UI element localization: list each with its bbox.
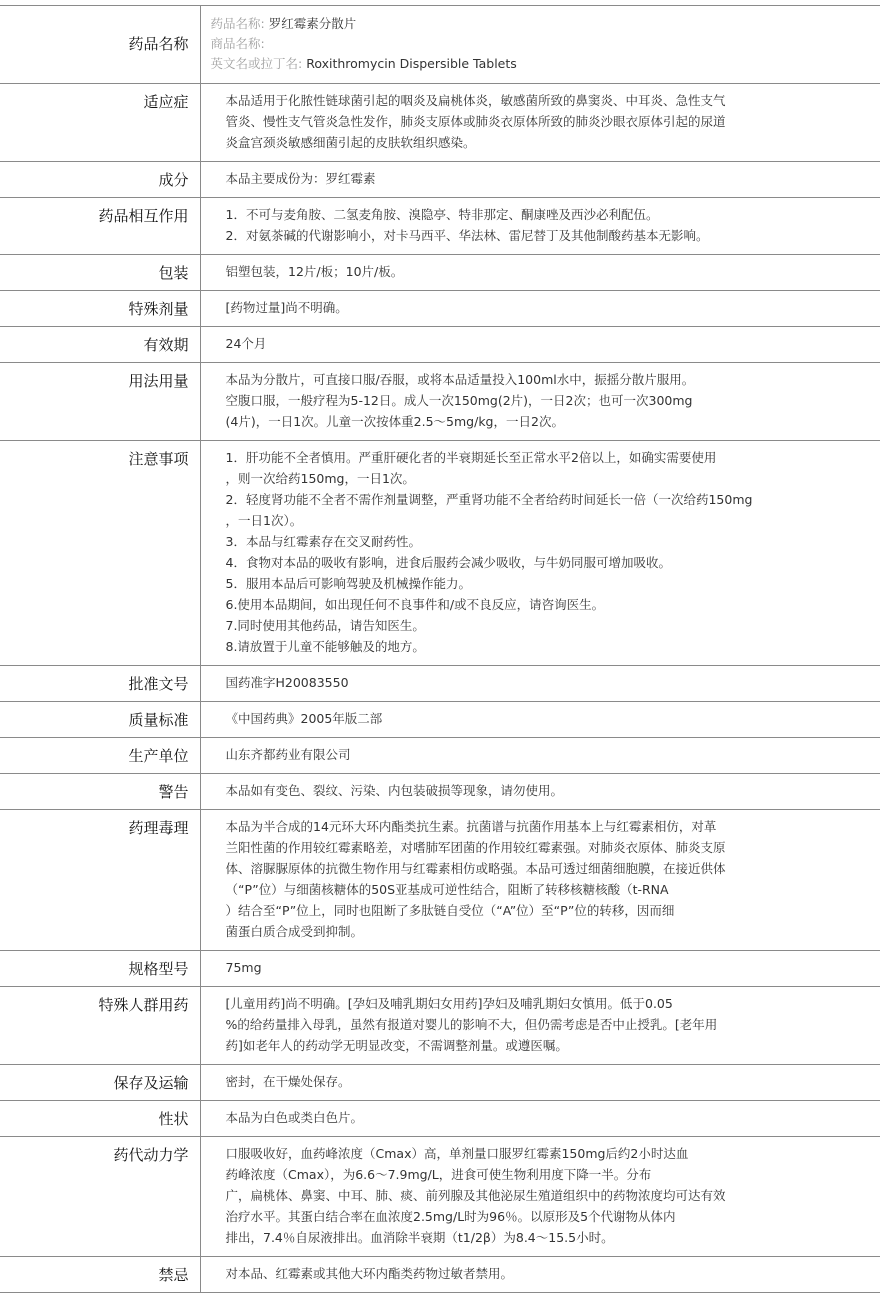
row-label: 性状	[0, 1101, 200, 1137]
value-line: ，则一次给药150mg，一日1次。	[226, 468, 871, 489]
value-line: 菌蛋白质合成受到抑制。	[226, 921, 871, 942]
row-value: 本品主要成份为：罗红霉素	[200, 162, 880, 198]
english-name-key: 英文名或拉丁名:	[211, 56, 303, 71]
spec-row: 药代动力学口服吸收好，血药峰浓度（Cmax）高，单剂量口服罗红霉素150mg后约…	[0, 1137, 880, 1257]
value-line: 4．食物对本品的吸收有影响，进食后服药会减少吸收，与牛奶同服可增加吸收。	[226, 552, 871, 573]
trade-name-line: 商品名称:	[211, 34, 871, 54]
row-value: [药物过量]尚不明确。	[200, 291, 880, 327]
row-label: 有效期	[0, 327, 200, 363]
value-line: 治疗水平。其蛋白结合率在血浓度2.5mg/L时为96％。以原形及5个代谢物从体内	[226, 1206, 871, 1227]
row-label: 用法用量	[0, 363, 200, 441]
spec-row: 生产单位山东齐都药业有限公司	[0, 738, 880, 774]
row-label: 规格型号	[0, 951, 200, 987]
value-line: ，一日1次）。	[226, 510, 871, 531]
value-line: 本品如有变色、裂纹、污染、内包装破损等现象，请勿使用。	[226, 780, 871, 801]
value-line: 对本品、红霉素或其他大环内酯类药物过敏者禁用。	[226, 1263, 871, 1284]
spec-row: 包装铝塑包装，12片/板；10片/板。	[0, 255, 880, 291]
value-line: 2．对氨茶碱的代谢影响小，对卡马西平、华法林、雷尼替丁及其他制酸药基本无影响。	[226, 225, 871, 246]
value-line: 管炎、慢性支气管炎急性发作，肺炎支原体或肺炎衣原体所致的肺炎沙眼衣原体引起的尿道	[226, 111, 871, 132]
value-line: 75mg	[226, 957, 871, 978]
value-line: 本品为白色或类白色片。	[226, 1107, 871, 1128]
spec-row: 有效期24个月	[0, 327, 880, 363]
row-drug-name: 药品名称 药品名称: 罗红霉素分散片 商品名称: 英文名或拉丁名: Roxith…	[0, 6, 880, 84]
value-line: 本品适用于化脓性链球菌引起的咽炎及扁桃体炎，敏感菌所致的鼻窦炎、中耳炎、急性支气	[226, 90, 871, 111]
row-label: 特殊剂量	[0, 291, 200, 327]
value-line: 本品主要成份为：罗红霉素	[226, 168, 871, 189]
row-label: 批准文号	[0, 666, 200, 702]
row-value: 山东齐都药业有限公司	[200, 738, 880, 774]
row-value: 本品适用于化脓性链球菌引起的咽炎及扁桃体炎，敏感菌所致的鼻窦炎、中耳炎、急性支气…	[200, 84, 880, 162]
value-line: 药峰浓度（Cmax），为6.6～7.9mg/L，进食可使生物利用度下降一半。分布	[226, 1164, 871, 1185]
value-line: 1．肝功能不全者慎用。严重肝硬化者的半衰期延长至正常水平2倍以上，如确实需要使用	[226, 447, 871, 468]
value-line: 密封，在干燥处保存。	[226, 1071, 871, 1092]
value-line: 7.同时使用其他药品，请告知医生。	[226, 615, 871, 636]
spec-row: 禁忌对本品、红霉素或其他大环内酯类药物过敏者禁用。	[0, 1257, 880, 1291]
row-label: 适应症	[0, 84, 200, 162]
value-line: 炎盒宫颈炎敏感细菌引起的皮肤软组织感染。	[226, 132, 871, 153]
row-label: 禁忌	[0, 1257, 200, 1291]
english-name-value: Roxithromycin Dispersible Tablets	[306, 56, 517, 71]
spec-row: 批准文号国药准字H20083550	[0, 666, 880, 702]
row-value: 本品为分散片，可直接口服/吞服，或将本品适量投入100ml水中，振摇分散片服用。…	[200, 363, 880, 441]
value-line: 6.使用本品期间，如出现任何不良事件和/或不良反应，请咨询医生。	[226, 594, 871, 615]
spec-row: 适应症本品适用于化脓性链球菌引起的咽炎及扁桃体炎，敏感菌所致的鼻窦炎、中耳炎、急…	[0, 84, 880, 162]
value-line: 8.请放置于儿童不能够触及的地方。	[226, 636, 871, 657]
row-value: 《中国药典》2005年版二部	[200, 702, 880, 738]
row-value: 本品为半合成的14元环大环内酯类抗生素。抗菌谱与抗菌作用基本上与红霉素相仿，对革…	[200, 810, 880, 951]
value-line: （“P”位）与细菌核糖体的50S亚基成可逆性结合，阻断了转移核糖核酸（t-RNA	[226, 879, 871, 900]
spec-row: 规格型号75mg	[0, 951, 880, 987]
value-line: 2．轻度肾功能不全者不需作剂量调整，严重肾功能不全者给药时间延长一倍（一次给药1…	[226, 489, 871, 510]
drug-spec-table: 药品名称 药品名称: 罗红霉素分散片 商品名称: 英文名或拉丁名: Roxith…	[0, 5, 880, 1290]
row-value: 对本品、红霉素或其他大环内酯类药物过敏者禁用。	[200, 1257, 880, 1291]
generic-name-value: 罗红霉素分散片	[269, 16, 357, 31]
row-label: 生产单位	[0, 738, 200, 774]
english-name-line: 英文名或拉丁名: Roxithromycin Dispersible Table…	[211, 54, 871, 74]
value-line: 体、溶脲脲原体的抗微生物作用与红霉素相仿或略强。本品可透过细菌细胞膜，在接近供体	[226, 858, 871, 879]
spec-row: 警告本品如有变色、裂纹、污染、内包装破损等现象，请勿使用。	[0, 774, 880, 810]
row-value: 75mg	[200, 951, 880, 987]
row-label: 包装	[0, 255, 200, 291]
value-line: 广，扁桃体、鼻窦、中耳、肺、痰、前列腺及其他泌尿生殖道组织中的药物浓度均可达有效	[226, 1185, 871, 1206]
row-value: 24个月	[200, 327, 880, 363]
value-line: 铝塑包装，12片/板；10片/板。	[226, 261, 871, 282]
row-label: 药品名称	[0, 6, 200, 84]
row-label: 药理毒理	[0, 810, 200, 951]
value-line: ）结合至“P”位上，同时也阻断了多肽链自受位（“A”位）至“P”位的转移，因而细	[226, 900, 871, 921]
spec-row: 药品相互作用1．不可与麦角胺、二氢麦角胺、溴隐亭、特非那定、酮康唑及西沙必利配伍…	[0, 198, 880, 255]
value-line: 3．本品与红霉素存在交叉耐药性。	[226, 531, 871, 552]
spec-row: 质量标准《中国药典》2005年版二部	[0, 702, 880, 738]
spec-row: 性状本品为白色或类白色片。	[0, 1101, 880, 1137]
row-value: 药品名称: 罗红霉素分散片 商品名称: 英文名或拉丁名: Roxithromyc…	[200, 6, 880, 84]
value-line: 口服吸收好，血药峰浓度（Cmax）高，单剂量口服罗红霉素150mg后约2小时达血	[226, 1143, 871, 1164]
row-label: 特殊人群用药	[0, 987, 200, 1065]
row-label: 注意事项	[0, 441, 200, 666]
row-value: 本品如有变色、裂纹、污染、内包装破损等现象，请勿使用。	[200, 774, 880, 810]
row-label: 警告	[0, 774, 200, 810]
value-line: %的给药量排入母乳，虽然有报道对婴儿的影响不大，但仍需考虑是否中止授乳。[老年用	[226, 1014, 871, 1035]
generic-name-key: 药品名称:	[211, 16, 265, 31]
value-line: 空腹口服，一般疗程为5-12日。成人一次150mg(2片)，一日2次；也可一次3…	[226, 390, 871, 411]
row-value: 本品为白色或类白色片。	[200, 1101, 880, 1137]
row-value: 1．不可与麦角胺、二氢麦角胺、溴隐亭、特非那定、酮康唑及西沙必利配伍。2．对氨茶…	[200, 198, 880, 255]
generic-name-line: 药品名称: 罗红霉素分散片	[211, 14, 871, 34]
value-line: 国药准字H20083550	[226, 672, 871, 693]
row-value: [儿童用药]尚不明确。[孕妇及哺乳期妇女用药]孕妇及哺乳期妇女慎用。低于0.05…	[200, 987, 880, 1065]
drug-spec-document: 药品名称 药品名称: 罗红霉素分散片 商品名称: 英文名或拉丁名: Roxith…	[0, 5, 880, 1290]
spec-row: 保存及运输密封，在干燥处保存。	[0, 1065, 880, 1101]
value-line: 24个月	[226, 333, 871, 354]
row-value: 口服吸收好，血药峰浓度（Cmax）高，单剂量口服罗红霉素150mg后约2小时达血…	[200, 1137, 880, 1257]
value-line: 山东齐都药业有限公司	[226, 744, 871, 765]
spec-row: 药理毒理本品为半合成的14元环大环内酯类抗生素。抗菌谱与抗菌作用基本上与红霉素相…	[0, 810, 880, 951]
row-value: 国药准字H20083550	[200, 666, 880, 702]
row-label: 药代动力学	[0, 1137, 200, 1257]
value-line: (4片)，一日1次。儿童一次按体重2.5～5mg/kg，一日2次。	[226, 411, 871, 432]
value-line: 本品为分散片，可直接口服/吞服，或将本品适量投入100ml水中，振摇分散片服用。	[226, 369, 871, 390]
value-line: 本品为半合成的14元环大环内酯类抗生素。抗菌谱与抗菌作用基本上与红霉素相仿，对革	[226, 816, 871, 837]
row-label: 药品相互作用	[0, 198, 200, 255]
spec-row: 注意事项1．肝功能不全者慎用。严重肝硬化者的半衰期延长至正常水平2倍以上，如确实…	[0, 441, 880, 666]
spec-row: 特殊剂量[药物过量]尚不明确。	[0, 291, 880, 327]
row-value: 1．肝功能不全者慎用。严重肝硬化者的半衰期延长至正常水平2倍以上，如确实需要使用…	[200, 441, 880, 666]
value-line: 药]如老年人的药动学无明显改变，不需调整剂量。或遵医嘱。	[226, 1035, 871, 1056]
spec-row: 特殊人群用药[儿童用药]尚不明确。[孕妇及哺乳期妇女用药]孕妇及哺乳期妇女慎用。…	[0, 987, 880, 1065]
row-value: 铝塑包装，12片/板；10片/板。	[200, 255, 880, 291]
value-line: 1．不可与麦角胺、二氢麦角胺、溴隐亭、特非那定、酮康唑及西沙必利配伍。	[226, 204, 871, 225]
trade-name-key: 商品名称:	[211, 36, 265, 51]
value-line: 兰阳性菌的作用较红霉素略差，对嗜肺军团菌的作用较红霉素强。对肺炎衣原体、肺炎支原	[226, 837, 871, 858]
value-line: 5．服用本品后可影响驾驶及机械操作能力。	[226, 573, 871, 594]
row-label: 成分	[0, 162, 200, 198]
row-value: 密封，在干燥处保存。	[200, 1065, 880, 1101]
value-line: 《中国药典》2005年版二部	[226, 708, 871, 729]
value-line: [药物过量]尚不明确。	[226, 297, 871, 318]
spec-row: 成分本品主要成份为：罗红霉素	[0, 162, 880, 198]
spec-row: 用法用量本品为分散片，可直接口服/吞服，或将本品适量投入100ml水中，振摇分散…	[0, 363, 880, 441]
row-label: 保存及运输	[0, 1065, 200, 1101]
value-line: 排出，7.4％自尿液排出。血消除半衰期（t1/2β）为8.4～15.5小时。	[226, 1227, 871, 1248]
value-line: [儿童用药]尚不明确。[孕妇及哺乳期妇女用药]孕妇及哺乳期妇女慎用。低于0.05	[226, 993, 871, 1014]
row-label: 质量标准	[0, 702, 200, 738]
